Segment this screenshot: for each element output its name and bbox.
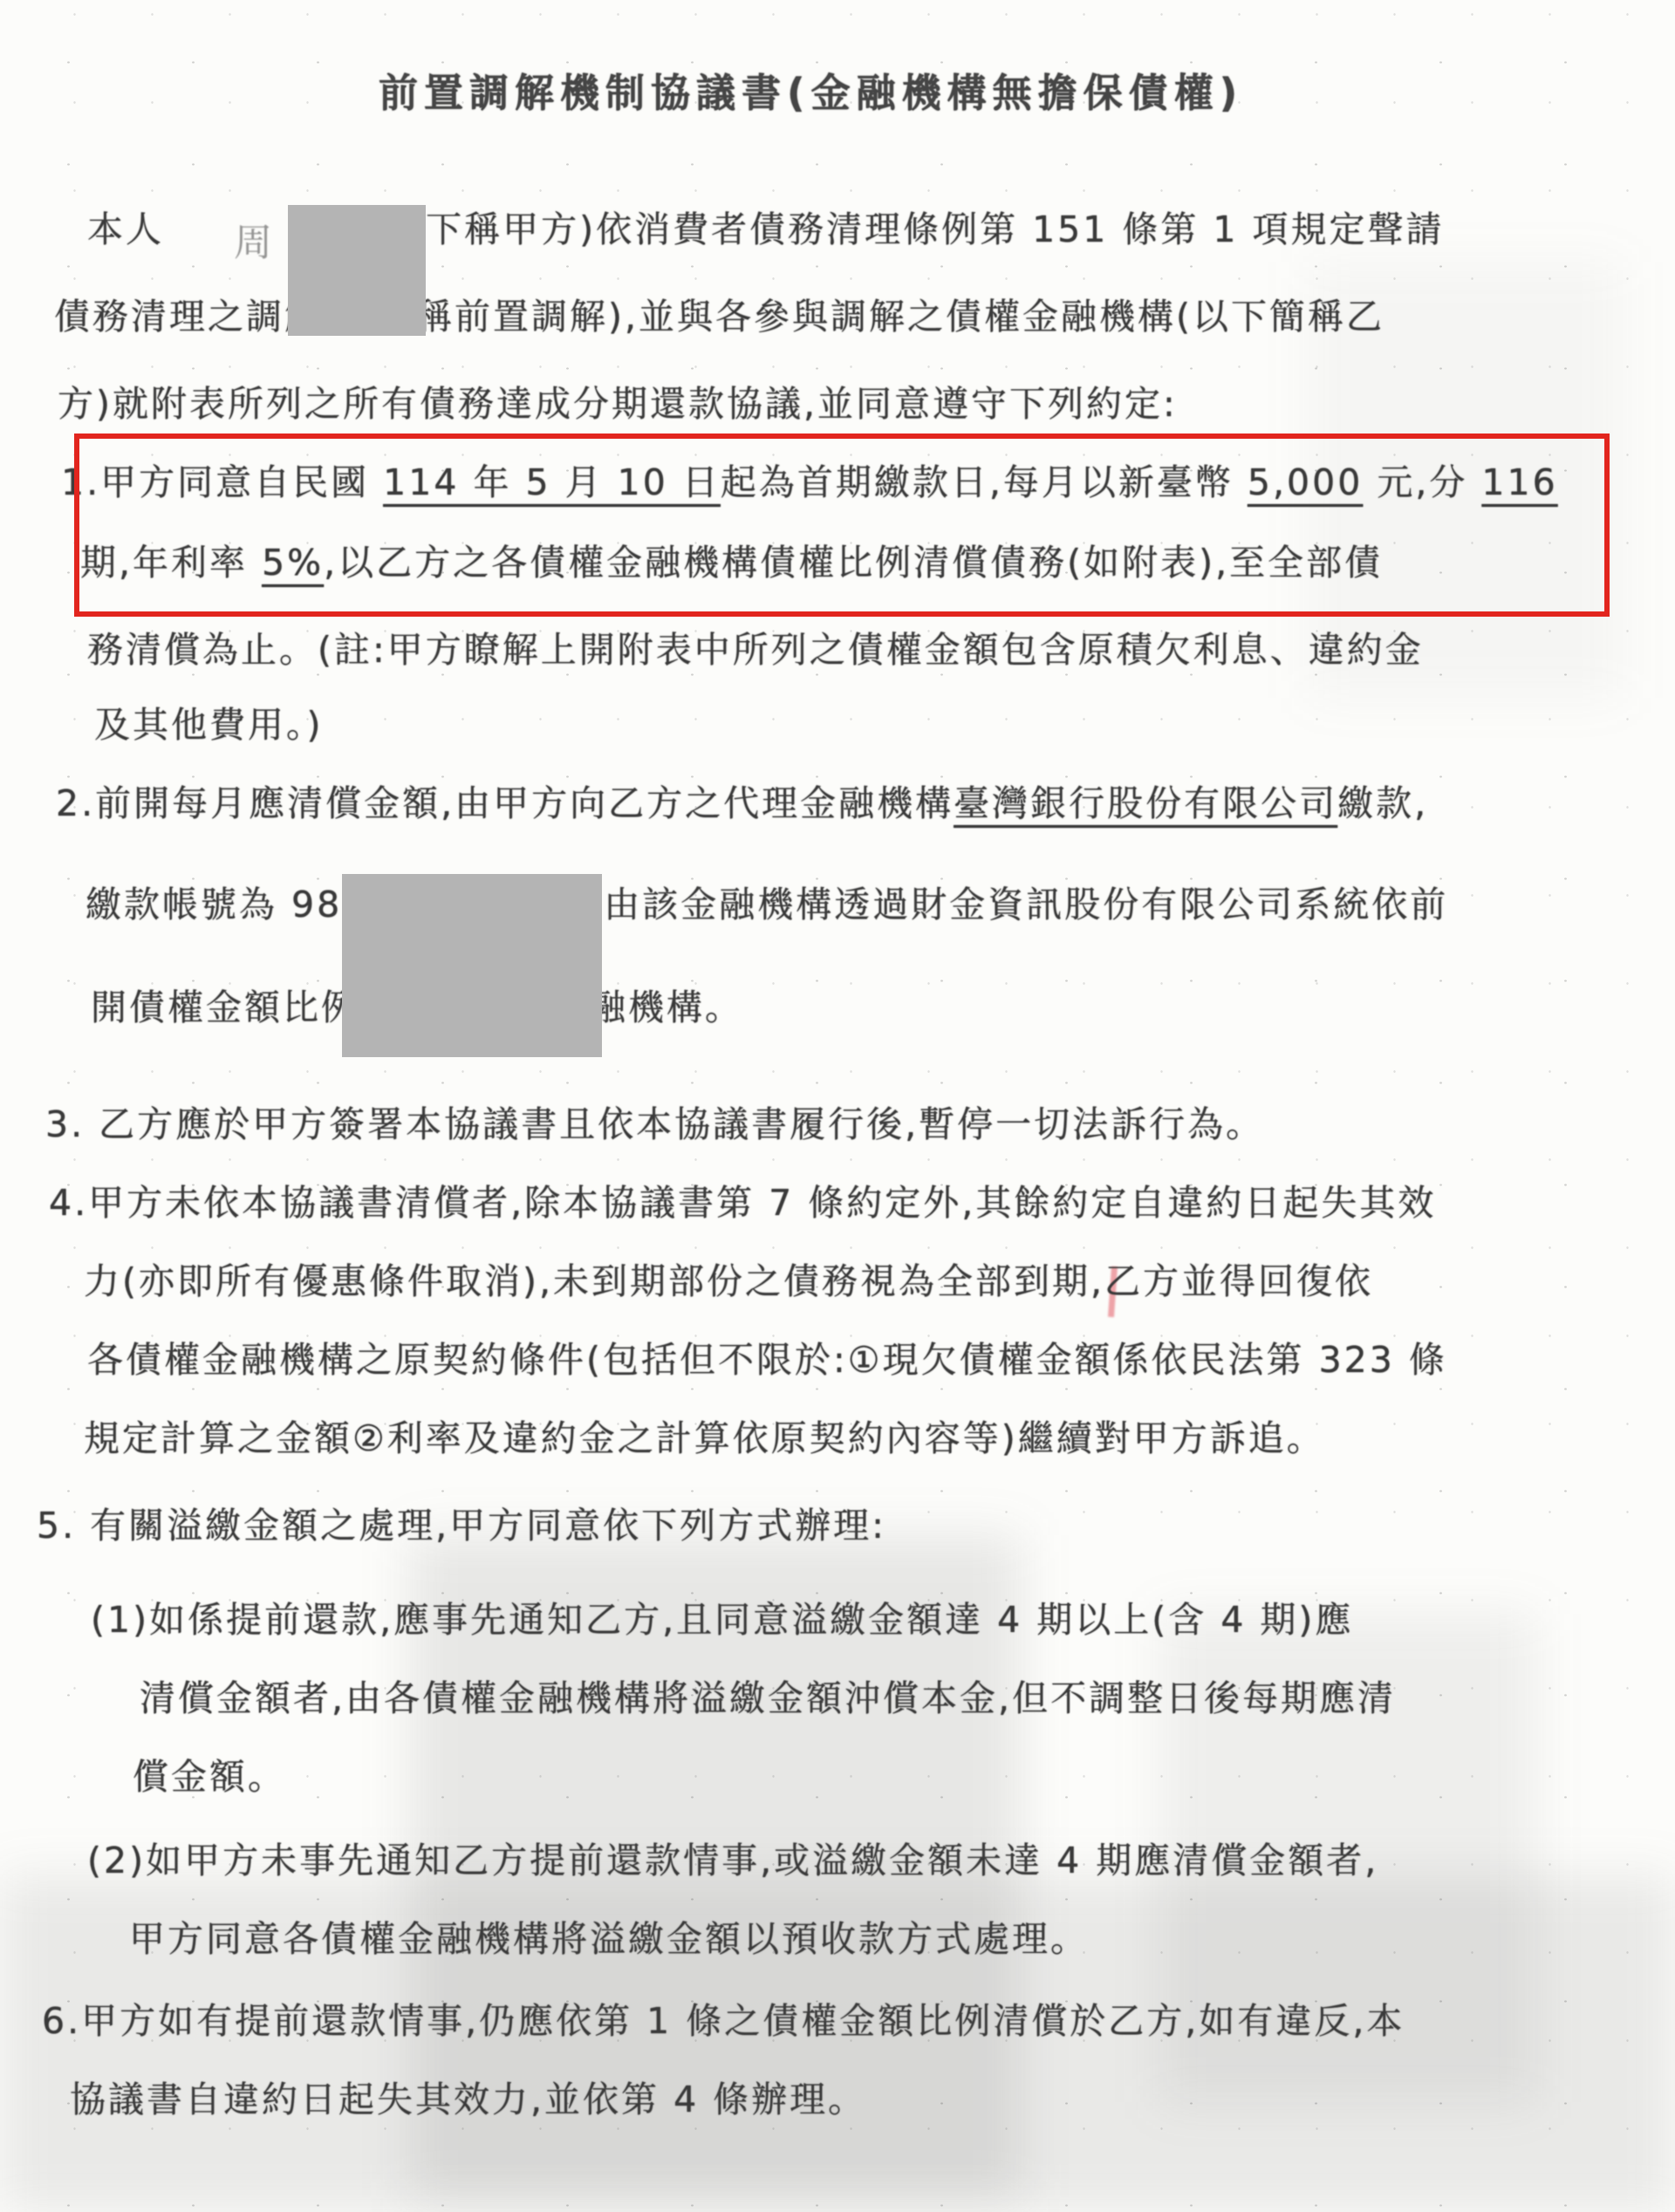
clause4-line-3: 各債權金融機構之原契約條件(包括但不限於:①現欠債權金額係依民法第 323 條 (87, 1331, 1447, 1382)
clause5-item2-line-2: 甲方同意各債權金融機構將溢繳金額以預收款方式處理。 (129, 1910, 1089, 1962)
scanned-agreement-page: 前置調解機制協議書(金融機構無擔保債權) 本人 (以下稱甲方)依消費者債務清理條… (0, 0, 1675, 2212)
document-title: 前置調解機制協議書(金融機構無擔保債權) (379, 61, 1243, 118)
clause4-line-4: 規定計算之金額②利率及違約金之計算依原契約內容等)繼續對甲方訴追。 (84, 1410, 1325, 1461)
clause1-line-2: 期,年利率 5%,以乙方之各債權金融機構債權比例清償債務(如附表),至全部債 (80, 534, 1383, 585)
redaction-box-account-number (342, 874, 602, 1057)
redaction-box-name (288, 205, 426, 336)
clause5-item1-line-2: 清償金額者,由各債權金融機構將溢繳金額沖償本金,但不調整日後每期應清 (140, 1669, 1396, 1721)
clause4-line-2: 力(亦即所有優惠條件取消),未到期部份之債務視為全部到期,乙方並得回復依 (84, 1253, 1373, 1304)
clause1-line-4: 及其他費用。) (94, 696, 324, 748)
clause3-line-1: 3. 乙方應於甲方簽署本協議書且依本協議書履行後,暫停一切法訴行為。 (45, 1096, 1264, 1147)
clause5-heading: 5. 有關溢繳金額之處理,甲方同意依下列方式辦理: (37, 1497, 886, 1548)
clause5-item2-line-1: (2)如甲方未事先通知乙方提前還款情事,或溢繳金額未達 4 期應清償金額者, (87, 1832, 1378, 1883)
clause5-item1-line-3: 償金額。 (133, 1748, 286, 1799)
clause6-line-2: 協議書自違約日起失其效力,並依第 4 條辦理。 (70, 2071, 866, 2122)
clause5-item1-line-1: (1)如係提前還款,應事先通知乙方,且同意溢繳金額達 4 期以上(含 4 期)應 (91, 1591, 1353, 1642)
intro-line-2: 債務清理之調解(以下稱前置調解),並與各參與調解之債權金融機構(以下簡稱乙 (54, 288, 1384, 339)
clause1-line-1: 1.甲方同意自民國 114 年 5 月 10 日起為首期繳款日,每月以新臺幣 5… (61, 454, 1558, 505)
clause2-line-2: 繳款帳號為 98,再由該金融機構透過財金資訊股份有限公司系統依前 (85, 876, 1448, 927)
clause2-line-1: 2.前開每月應清償金額,由甲方向乙方之代理金融機構臺灣銀行股份有限公司繳款, (56, 775, 1428, 826)
clause4-line-1: 4.甲方未依本協議書清償者,除本協議書第 7 條約定外,其餘約定自違約日起失其效 (49, 1174, 1436, 1225)
intro-line-3: 方)就附表所列之所有債務達成分期還款協議,並同意遵守下列約定: (58, 375, 1178, 427)
clause1-line-3: 務清償為止。(註:甲方瞭解上開附表中所列之債權金額包含原積欠利息、違約金 (87, 621, 1424, 672)
partial-name-character: 周 (234, 211, 272, 267)
clause6-line-1: 6.甲方如有提前還款情事,仍應依第 1 條之債權金額比例清償於乙方,如有違反,本 (42, 1992, 1405, 2044)
